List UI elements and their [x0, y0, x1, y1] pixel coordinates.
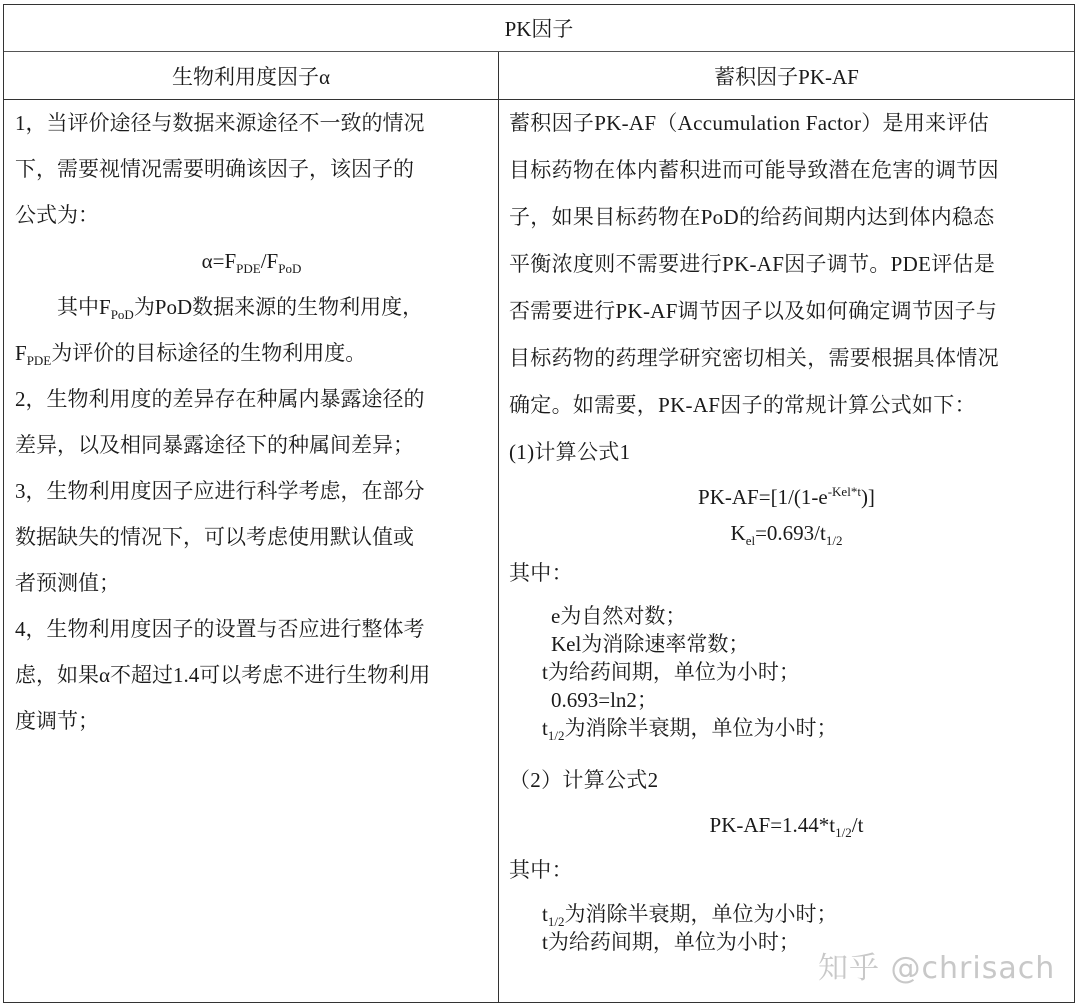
left-p5-line: 度调节； — [15, 698, 488, 744]
right-intro-line: 蓄积因子PK-AF（Accumulation Factor）是用来评估 — [509, 100, 1064, 147]
header-accumulation: 蓄积因子PK-AF — [499, 52, 1074, 99]
def-ln2: 0.693=ln2； — [509, 686, 1064, 714]
left-p4-line: 者预测值； — [15, 560, 488, 606]
accumulation-cell: 蓄积因子PK-AF（Accumulation Factor）是用来评估 目标药物… — [499, 100, 1074, 1002]
right-intro-line: 子，如果目标药物在PoD的给药间期内达到体内稳态 — [509, 194, 1064, 241]
header-bioavailability: 生物利用度因子α — [4, 52, 499, 99]
pk-factor-table: PK因子 生物利用度因子α 蓄积因子PK-AF 1，当评价途径与数据来源途径不一… — [3, 4, 1075, 1003]
left-p4-line: 数据缺失的情况下，可以考虑使用默认值或 — [15, 514, 488, 560]
left-p1-line: 下，需要视情况需要明确该因子，该因子的 — [15, 146, 488, 192]
def2-thalf: t1/2为消除半衰期，单位为小时； — [509, 900, 1064, 928]
right-intro-line: 确定。如需要，PK-AF因子的常规计算公式如下： — [509, 382, 1064, 429]
def-t: t为给药间期，单位为小时； — [509, 658, 1064, 686]
right-intro-line: 目标药物的药理学研究密切相关，需要根据具体情况 — [509, 335, 1064, 382]
left-p5-line: 4，生物利用度因子的设置与否应进行整体考 — [15, 606, 488, 652]
definitions-1: e为自然对数； Kel为消除速率常数； t为给药间期，单位为小时； 0.693=… — [509, 602, 1064, 742]
formula1: PK-AF=[1/(1-e-Kel*t)] — [509, 476, 1064, 518]
left-p3-line: 2，生物利用度的差异存在种属内暴露途径的 — [15, 376, 488, 422]
kel-formula: Kel=0.693/t1/2 — [509, 518, 1064, 548]
left-p1-line: 1，当评价途径与数据来源途径不一致的情况 — [15, 100, 488, 146]
left-p3-line: 差异，以及相同暴露途径下的种属间差异； — [15, 422, 488, 468]
left-p4-line: 3，生物利用度因子应进行科学考虑，在部分 — [15, 468, 488, 514]
left-p2-line2: FPDE为评价的目标途径的生物利用度。 — [15, 330, 488, 376]
right-intro-line: 平衡浓度则不需要进行PK-AF因子调节。PDE评估是 — [509, 241, 1064, 288]
formula2-title: （2）计算公式2 — [509, 756, 1064, 804]
formula1-title: (1)计算公式1 — [509, 429, 1064, 476]
table-body-row: 1，当评价途径与数据来源途径不一致的情况 下，需要视情况需要明确该因子，该因子的… — [4, 100, 1074, 1002]
zhihu-watermark: 知乎 @chrisach — [818, 943, 1055, 987]
def-kel: Kel为消除速率常数； — [509, 630, 1064, 658]
table-title: PK因子 — [4, 5, 1074, 52]
left-p2-line1: 其中FPoD为PoD数据来源的生物利用度， — [15, 284, 488, 330]
where-label-2: 其中： — [509, 846, 1064, 894]
alpha-formula: α=FPDE/FPoD — [15, 238, 488, 284]
header-bioavailability-text: 生物利用度因子α — [172, 61, 330, 91]
left-p1-line: 公式为： — [15, 192, 488, 238]
right-intro-line: 否需要进行PK-AF调节因子以及如何确定调节因子与 — [509, 288, 1064, 335]
table-header-row: 生物利用度因子α 蓄积因子PK-AF — [4, 52, 1074, 100]
def-thalf: t1/2为消除半衰期，单位为小时； — [509, 714, 1064, 742]
bioavailability-cell: 1，当评价途径与数据来源途径不一致的情况 下，需要视情况需要明确该因子，该因子的… — [4, 100, 499, 1002]
where-label-1: 其中： — [509, 548, 1064, 598]
header-accumulation-text: 蓄积因子PK-AF — [714, 61, 859, 91]
formula2: PK-AF=1.44*t1/2/t — [509, 804, 1064, 846]
def-e: e为自然对数； — [509, 602, 1064, 630]
right-intro-line: 目标药物在体内蓄积进而可能导致潜在危害的调节因 — [509, 147, 1064, 194]
table-title-text: PK因子 — [505, 13, 574, 43]
left-p5-line: 虑，如果α不超过1.4可以考虑不进行生物利用 — [15, 652, 488, 698]
